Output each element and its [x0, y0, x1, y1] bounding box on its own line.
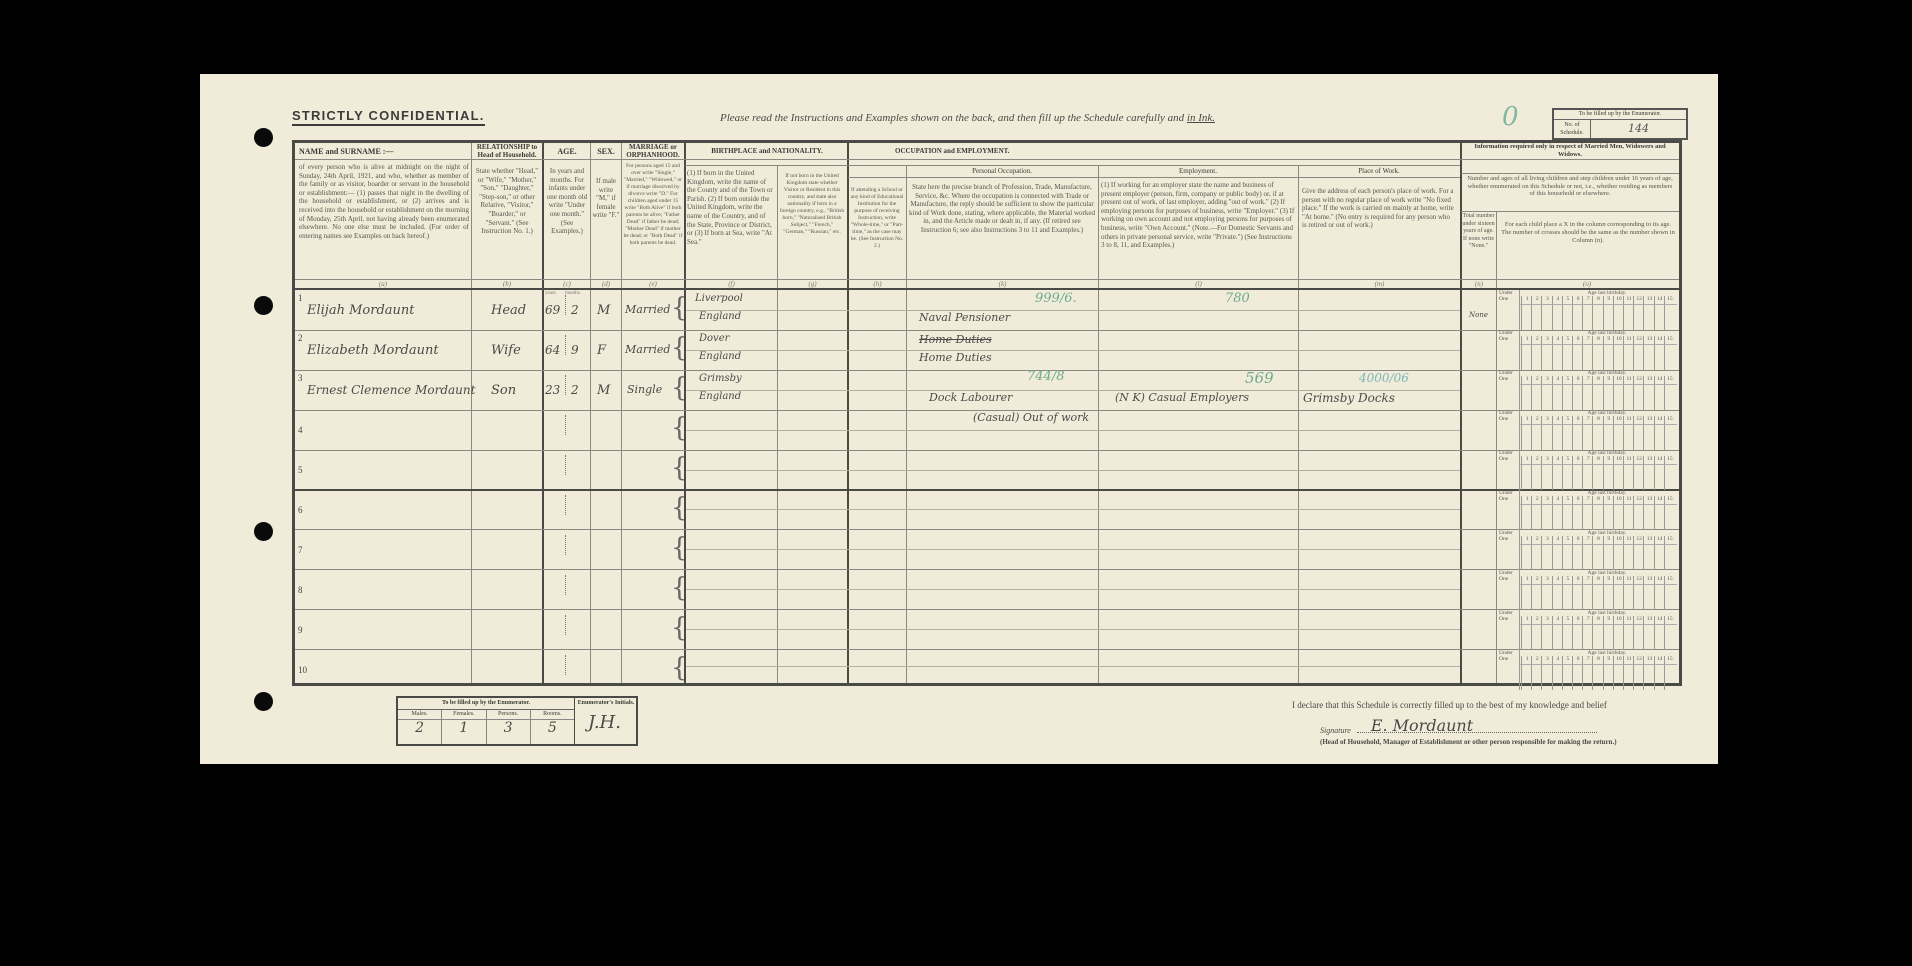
header-occupation: OCCUPATION and EMPLOYMENT.	[895, 147, 1455, 155]
col-letter-n: (n)	[1462, 280, 1496, 288]
children-age-grid: Under OneAge last birthday.1234567891011…	[1497, 370, 1677, 410]
col-letter-h: (h)	[849, 280, 906, 288]
under-one-label: Under One	[1499, 571, 1519, 582]
males-header: Males.	[398, 710, 442, 719]
row-3-age-years: 23	[545, 383, 560, 397]
row-3-occupation-line2: (Casual) Out of work	[973, 411, 1089, 424]
enumerator-summary-box: To be filled up by the Enumerator. Enume…	[396, 696, 638, 746]
header-sex: SEX.	[591, 147, 621, 156]
age-column: 15	[1664, 496, 1675, 530]
school-instructions: If attending a School or any kind of Edu…	[850, 187, 904, 277]
age-column: 15	[1664, 296, 1675, 330]
row-1-relationship: Head	[491, 303, 526, 318]
age-instructions: In years and months. For infants under o…	[545, 167, 589, 277]
rooms-value: 5	[531, 720, 574, 744]
header-children: Information required only in respect of …	[1463, 143, 1677, 158]
row-number: 8	[298, 585, 303, 595]
row-1-employment-code: 780	[1225, 291, 1250, 306]
children-age-grid: Under OneAge last birthday.1234567891011…	[1497, 570, 1677, 610]
persons-value: 3	[487, 720, 531, 744]
children-total-instructions: Total number under sixteen years of age.…	[1462, 213, 1495, 279]
punch-hole	[254, 128, 273, 147]
children-age-grid: Under OneAge last birthday.1234567891011…	[1497, 410, 1677, 450]
row-3-birthplace-country: England	[699, 391, 741, 402]
females-header: Females.	[442, 710, 486, 719]
under-one-label: Under One	[1499, 331, 1519, 342]
initials-label: Enumerator's Initials.	[576, 700, 636, 706]
row-2-occupation-struck: Home Duties	[919, 333, 992, 346]
row-number: 4	[298, 425, 303, 435]
children-age-grid: Under OneAge last birthday.1234567891011…	[1497, 450, 1677, 490]
row-1-marriage: Married	[625, 303, 670, 316]
marriage-instructions: For persons aged 15 and over write "Sing…	[623, 163, 683, 277]
row-2-relationship: Wife	[491, 343, 521, 358]
row-2-sex: F	[597, 343, 606, 358]
census-schedule-page: STRICTLY CONFIDENTIAL. Please read the I…	[200, 74, 1718, 764]
place-of-work-instructions: Give the address of each person's place …	[1302, 187, 1456, 277]
children-age-grid: Under OneAge last birthday.1234567891011…	[1497, 290, 1677, 330]
row-3-occupation-code: 744/8	[1027, 369, 1064, 384]
enumerator-box-label: To be filled up by the Enumerator.	[1554, 110, 1686, 120]
persons-header: Persons.	[487, 710, 531, 719]
row-3-employment: (N K) Casual Employers	[1115, 391, 1249, 404]
col-letter-c: (c)	[544, 280, 590, 288]
row-2-birthplace-country: England	[699, 351, 741, 362]
page-title: STRICTLY CONFIDENTIAL.	[292, 108, 485, 126]
col-letter-a: (a)	[295, 280, 471, 288]
employment-instructions: (1) If working for an employer state the…	[1101, 181, 1295, 277]
schedule-number-value: 144	[1591, 120, 1686, 138]
children-age-grid: Under OneAge last birthday.1234567891011…	[1497, 650, 1677, 690]
row-1-age-months: 2	[571, 303, 579, 317]
schedule-number-label: No. of Schedule.	[1554, 120, 1591, 138]
col-letter-o: (o)	[1497, 280, 1677, 288]
row-number: 2	[298, 333, 303, 343]
age-column: 15	[1664, 376, 1675, 410]
row-3-name: Ernest Clemence Mordaunt	[307, 383, 475, 397]
age-column: 15	[1664, 616, 1675, 650]
header-employment: Employment.	[1099, 167, 1297, 175]
children-cross-instructions: For each child place a X in the column c…	[1501, 221, 1675, 279]
declaration-text: I declare that this Schedule is correctl…	[1292, 700, 1607, 710]
age-column: 15	[1664, 336, 1675, 370]
row-3-relationship: Son	[491, 383, 516, 398]
signature-label: Signature	[1320, 726, 1351, 735]
header-personal-occupation: Personal Occupation.	[907, 167, 1097, 175]
row-3-sex: M	[597, 383, 610, 398]
age-column: 15	[1664, 416, 1675, 450]
col-letter-d: (d)	[591, 280, 621, 288]
row-3-marriage: Single	[627, 383, 662, 396]
age-column: 15	[1664, 456, 1675, 490]
row-number: 5	[298, 465, 303, 475]
row-1-birthplace-town: Liverpool	[695, 293, 743, 304]
instructions-text: Please read the Instructions and Example…	[720, 112, 1187, 124]
col-letter-f: (f)	[686, 280, 777, 288]
signature-line: Signature E. Mordaunt	[1320, 726, 1597, 735]
row-3-place-of-work: Grimsby Docks	[1303, 391, 1395, 405]
col-letter-e: (e)	[622, 280, 684, 288]
row-1-name: Elijah Mordaunt	[307, 303, 415, 318]
punch-hole	[254, 296, 273, 315]
row-number: 1	[298, 293, 303, 303]
row-1-occupation: Naval Pensioner	[919, 311, 1010, 324]
annotation-zero: 0	[1502, 102, 1519, 132]
row-number: 3	[298, 373, 303, 383]
birthplace-instructions: (1) If born in the United Kingdom, write…	[687, 169, 775, 277]
initials-value: J.H.	[588, 712, 621, 733]
under-one-label: Under One	[1499, 411, 1519, 422]
children-age-grid: Under OneAge last birthday.1234567891011…	[1497, 610, 1677, 650]
signature-value: E. Mordaunt	[1371, 716, 1473, 735]
rooms-header: Rooms.	[531, 710, 574, 719]
row-2-age-years: 64	[545, 343, 560, 357]
row-number: 7	[298, 545, 303, 555]
name-instructions: of every person who is alive at midnight…	[299, 163, 469, 277]
children-age-grid: Under OneAge last birthday.1234567891011…	[1497, 530, 1677, 570]
age-years-subheader: years.	[545, 291, 557, 296]
row-2-birthplace-town: Dover	[699, 333, 729, 344]
row-1-children-total: None	[1469, 311, 1488, 319]
row-3-birthplace-town: Grimsby	[699, 373, 742, 384]
row-number: 6	[298, 505, 303, 515]
row-2-marriage: Married	[625, 343, 670, 356]
relationship-instructions: State whether "Head," or "Wife," "Mother…	[475, 167, 539, 277]
row-2-age-months: 9	[571, 343, 579, 357]
signature-caption: (Head of Household, Manager of Establish…	[1320, 738, 1617, 746]
age-column: 15	[1664, 536, 1675, 570]
row-number: 9	[298, 625, 303, 635]
col-letter-l: (l)	[1099, 280, 1298, 288]
children-age-grid: Under OneAge last birthday.1234567891011…	[1497, 490, 1677, 530]
header-place-of-work: Place of Work.	[1299, 167, 1459, 175]
children-instructions: Number and ages of all living children a…	[1465, 175, 1675, 209]
header-name: NAME and SURNAME :—	[299, 147, 471, 156]
age-column: 15	[1664, 576, 1675, 610]
age-column: 15	[1664, 656, 1675, 690]
col-letter-b: (b)	[472, 280, 542, 288]
males-value: 2	[398, 720, 442, 744]
col-letter-m: (m)	[1299, 280, 1460, 288]
row-1-age-years: 69	[545, 303, 560, 317]
summary-label: To be filled up by the Enumerator.	[398, 698, 574, 710]
sex-instructions: If male write "M," if female write "F."	[592, 177, 620, 277]
row-1-sex: M	[597, 303, 610, 318]
row-3-place-code: 4000/06	[1359, 371, 1409, 385]
under-one-label: Under One	[1499, 611, 1519, 622]
row-2-name: Elizabeth Mordaunt	[307, 343, 439, 358]
header-marriage: MARRIAGE or ORPHANHOOD.	[622, 143, 684, 159]
header-birthplace: BIRTHPLACE and NATIONALITY.	[686, 147, 848, 155]
header-age: AGE.	[544, 147, 590, 156]
under-one-label: Under One	[1499, 491, 1519, 502]
row-2-occupation: Home Duties	[919, 351, 992, 364]
col-letter-g: (g)	[778, 280, 847, 288]
row-3-employment-code: 569	[1245, 369, 1274, 387]
row-3-occupation: Dock Labourer	[929, 391, 1012, 404]
under-one-label: Under One	[1499, 371, 1519, 382]
row-number: 10	[298, 665, 307, 675]
in-ink-text: in Ink.	[1187, 112, 1215, 124]
age-months-subheader: months.	[565, 291, 581, 296]
row-1-occupation-code: 999/6.	[1035, 291, 1077, 306]
instructions-line: Please read the Instructions and Example…	[720, 112, 1215, 124]
schedule-number-box: To be filled up by the Enumerator. No. o…	[1552, 108, 1688, 140]
punch-hole	[254, 522, 273, 541]
children-age-grid: Under OneAge last birthday.1234567891011…	[1497, 330, 1677, 370]
females-value: 1	[442, 720, 486, 744]
personal-occupation-instructions: State here the precise branch of Profess…	[909, 183, 1095, 277]
under-one-label: Under One	[1499, 291, 1519, 302]
col-letter-k: (k)	[907, 280, 1098, 288]
under-one-label: Under One	[1499, 531, 1519, 542]
under-one-label: Under One	[1499, 451, 1519, 462]
nationality-instructions: If not born in the United Kingdom state …	[779, 173, 845, 277]
row-1-birthplace-country: England	[699, 311, 741, 322]
row-3-age-months: 2	[571, 383, 579, 397]
under-one-label: Under One	[1499, 651, 1519, 662]
header-relationship: RELATIONSHIP to Head of Household.	[472, 143, 542, 159]
punch-hole	[254, 692, 273, 711]
census-form-table: NAME and SURNAME :— RELATIONSHIP to Head…	[292, 140, 1682, 686]
